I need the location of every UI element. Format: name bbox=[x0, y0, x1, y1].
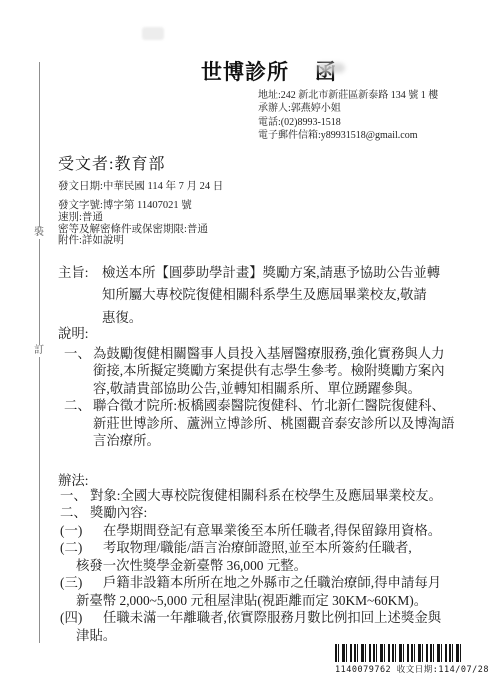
item-text: 任職未滿一年離職者,依實際服務月數比例扣回上述獎金與 津貼。 bbox=[103, 609, 441, 644]
item-line: 銜接,本所擬定獎勵方案提供有志學生參考。檢附獎勵方案內 bbox=[93, 362, 445, 379]
subject-text: 檢送本所【圓夢助學計畫】獎勵方案,請惠予協助公告並轉 知所屬大專校院復健相關科系… bbox=[102, 262, 440, 329]
document-title: 世博診所函 bbox=[201, 56, 337, 86]
binding-char-ding: 訂 bbox=[32, 345, 46, 357]
item-line: 言治療所。 bbox=[93, 432, 455, 449]
item-number: 二、 bbox=[64, 397, 93, 414]
security-grade: 密等及解密條件或保密期限:普通 bbox=[58, 224, 208, 236]
subject-line: 檢送本所【圓夢助學計畫】獎勵方案,請惠予協助公告並轉 bbox=[102, 262, 440, 284]
measures-item: (三) 戶籍非設籍本所所在地之外縣市之任職治療師,得申請每月 新臺幣 2,000… bbox=[60, 574, 442, 609]
recipient: 受文者:教育部 bbox=[58, 151, 165, 174]
explanation-label: 說明: bbox=[58, 323, 89, 342]
barcode-text: 1140079762 收文日期:114/07/28 bbox=[335, 663, 463, 675]
item-line: 戶籍非設籍本所所在地之外縣市之任職治療師,得申請每月 bbox=[103, 574, 441, 591]
subject-section: 主旨: 檢送本所【圓夢助學計畫】獎勵方案,請惠予協助公告並轉 知所屬大專校院復健… bbox=[58, 262, 440, 329]
item-line: 獎勵內容: bbox=[90, 504, 147, 521]
measures-item: 二、 獎勵內容: bbox=[60, 504, 442, 521]
subject-label: 主旨: bbox=[58, 262, 102, 284]
subject-line: 惠復。 bbox=[102, 307, 440, 329]
item-line: 任職未滿一年離職者,依實際服務月數比例扣回上述獎金與 bbox=[103, 609, 441, 626]
explanation-items: 一、 為鼓勵復健相關醫事人員投入基層醫療服務,強化實務與人力 銜接,本所擬定獎勵… bbox=[64, 345, 455, 450]
explanation-item: 二、 聯合徵才院所:板橋國泰醫院復健科、竹北新仁醫院復健科、 新莊世博診所、蘆洲… bbox=[64, 397, 455, 449]
item-line: 聯合徵才院所:板橋國泰醫院復健科、竹北新仁醫院復健科、 bbox=[93, 397, 455, 414]
contact-person: 承辦人:郭燕婷小姐 bbox=[258, 102, 438, 115]
meta-block: 發文字號:博字第 11407021 號 速別:普通 密等及解密條件或保密期限:普… bbox=[58, 200, 208, 247]
doc-number: 發文字號:博字第 11407021 號 bbox=[58, 200, 208, 212]
measures-items: 一、 對象:全國大專校院復健相關科系在校學生及應屆畢業校友。 二、 獎勵內容: … bbox=[60, 487, 442, 644]
issue-date: 發文日期:中華民國 114 年 7 月 24 日 bbox=[58, 178, 223, 193]
item-number: 一、 bbox=[60, 487, 90, 504]
binding-char-zhuang: 裝 bbox=[32, 227, 46, 239]
item-text: 對象:全國大專校院復健相關科系在校學生及應屆畢業校友。 bbox=[90, 487, 442, 504]
item-number: (一) bbox=[60, 522, 103, 539]
item-text: 為鼓勵復健相關醫事人員投入基層醫療服務,強化實務與人力 銜接,本所擬定獎勵方案提… bbox=[93, 345, 445, 397]
barcode-icon bbox=[335, 644, 463, 662]
attachment-note: 附件:詳如說明 bbox=[58, 235, 208, 247]
redaction-smudge bbox=[317, 63, 345, 73]
org-name: 世博診所 bbox=[201, 60, 289, 84]
measures-item: (一) 在學期間登記有意畢業後至本所任職者,得保留錄用資格。 bbox=[60, 522, 442, 539]
item-line: 新莊世博診所、蘆洲立博診所、桃園觀音泰安診所以及博淘語 bbox=[93, 415, 455, 432]
subject-line: 知所屬大專校院復健相關科系學生及應屆畢業校友,敬請 bbox=[102, 284, 440, 306]
item-text: 獎勵內容: bbox=[90, 504, 147, 521]
document-page: 裝 訂 世博診所函 地址:242 新北市新莊區新泰路 134 號 1 樓 承辦人… bbox=[0, 0, 497, 700]
measures-item: 一、 對象:全國大專校院復健相關科系在校學生及應屆畢業校友。 bbox=[60, 487, 442, 504]
measures-item: (二) 考取物理/職能/語言治療師證照,並至本所簽約任職者, 核發一次性獎學金新… bbox=[60, 539, 442, 574]
item-text: 聯合徵才院所:板橋國泰醫院復健科、竹北新仁醫院復健科、 新莊世博診所、蘆洲立博診… bbox=[93, 397, 455, 449]
item-text: 考取物理/職能/語言治療師證照,並至本所簽約任職者, 核發一次性獎學金新臺幣 3… bbox=[103, 539, 412, 574]
item-number: (三) bbox=[60, 574, 103, 591]
item-line: 核發一次性獎學金新臺幣 36,000 元整。 bbox=[76, 557, 412, 574]
item-line: 對象:全國大專校院復健相關科系在校學生及應屆畢業校友。 bbox=[90, 487, 442, 504]
item-number: (四) bbox=[60, 609, 103, 626]
item-text: 在學期間登記有意畢業後至本所任職者,得保留錄用資格。 bbox=[103, 522, 441, 539]
speed-level: 速別:普通 bbox=[58, 212, 208, 224]
item-number: 二、 bbox=[60, 504, 90, 521]
explanation-item: 一、 為鼓勵復健相關醫事人員投入基層醫療服務,強化實務與人力 銜接,本所擬定獎勵… bbox=[64, 345, 455, 397]
contact-address: 地址:242 新北市新莊區新泰路 134 號 1 樓 bbox=[258, 89, 438, 102]
scan-artifact bbox=[142, 27, 164, 40]
item-number: (二) bbox=[60, 539, 103, 556]
receipt-stamp: 1140079762 收文日期:114/07/28 bbox=[335, 644, 463, 675]
item-line: 在學期間登記有意畢業後至本所任職者,得保留錄用資格。 bbox=[103, 522, 441, 539]
contact-phone: 電話:(02)8993-1518 bbox=[258, 116, 438, 129]
item-text: 戶籍非設籍本所所在地之外縣市之任職治療師,得申請每月 新臺幣 2,000~5,0… bbox=[103, 574, 441, 609]
contact-block: 地址:242 新北市新莊區新泰路 134 號 1 樓 承辦人:郭燕婷小姐 電話:… bbox=[258, 89, 438, 143]
measures-item: (四) 任職未滿一年離職者,依實際服務月數比例扣回上述獎金與 津貼。 bbox=[60, 609, 442, 644]
contact-email: 電子郵件信箱:y89931518@gmail.com bbox=[258, 129, 438, 142]
item-line: 新臺幣 2,000~5,000 元租屋津貼(視距離而定 30KM~60KM)。 bbox=[76, 592, 441, 609]
item-line: 容,敬請貴部協助公告,並轉知相關系所、單位踴躍參與。 bbox=[93, 380, 445, 397]
item-line: 津貼。 bbox=[76, 627, 441, 644]
item-number: 一、 bbox=[64, 345, 93, 362]
item-line: 為鼓勵復健相關醫事人員投入基層醫療服務,強化實務與人力 bbox=[93, 345, 445, 362]
item-line: 考取物理/職能/語言治療師證照,並至本所簽約任職者, bbox=[103, 539, 412, 556]
